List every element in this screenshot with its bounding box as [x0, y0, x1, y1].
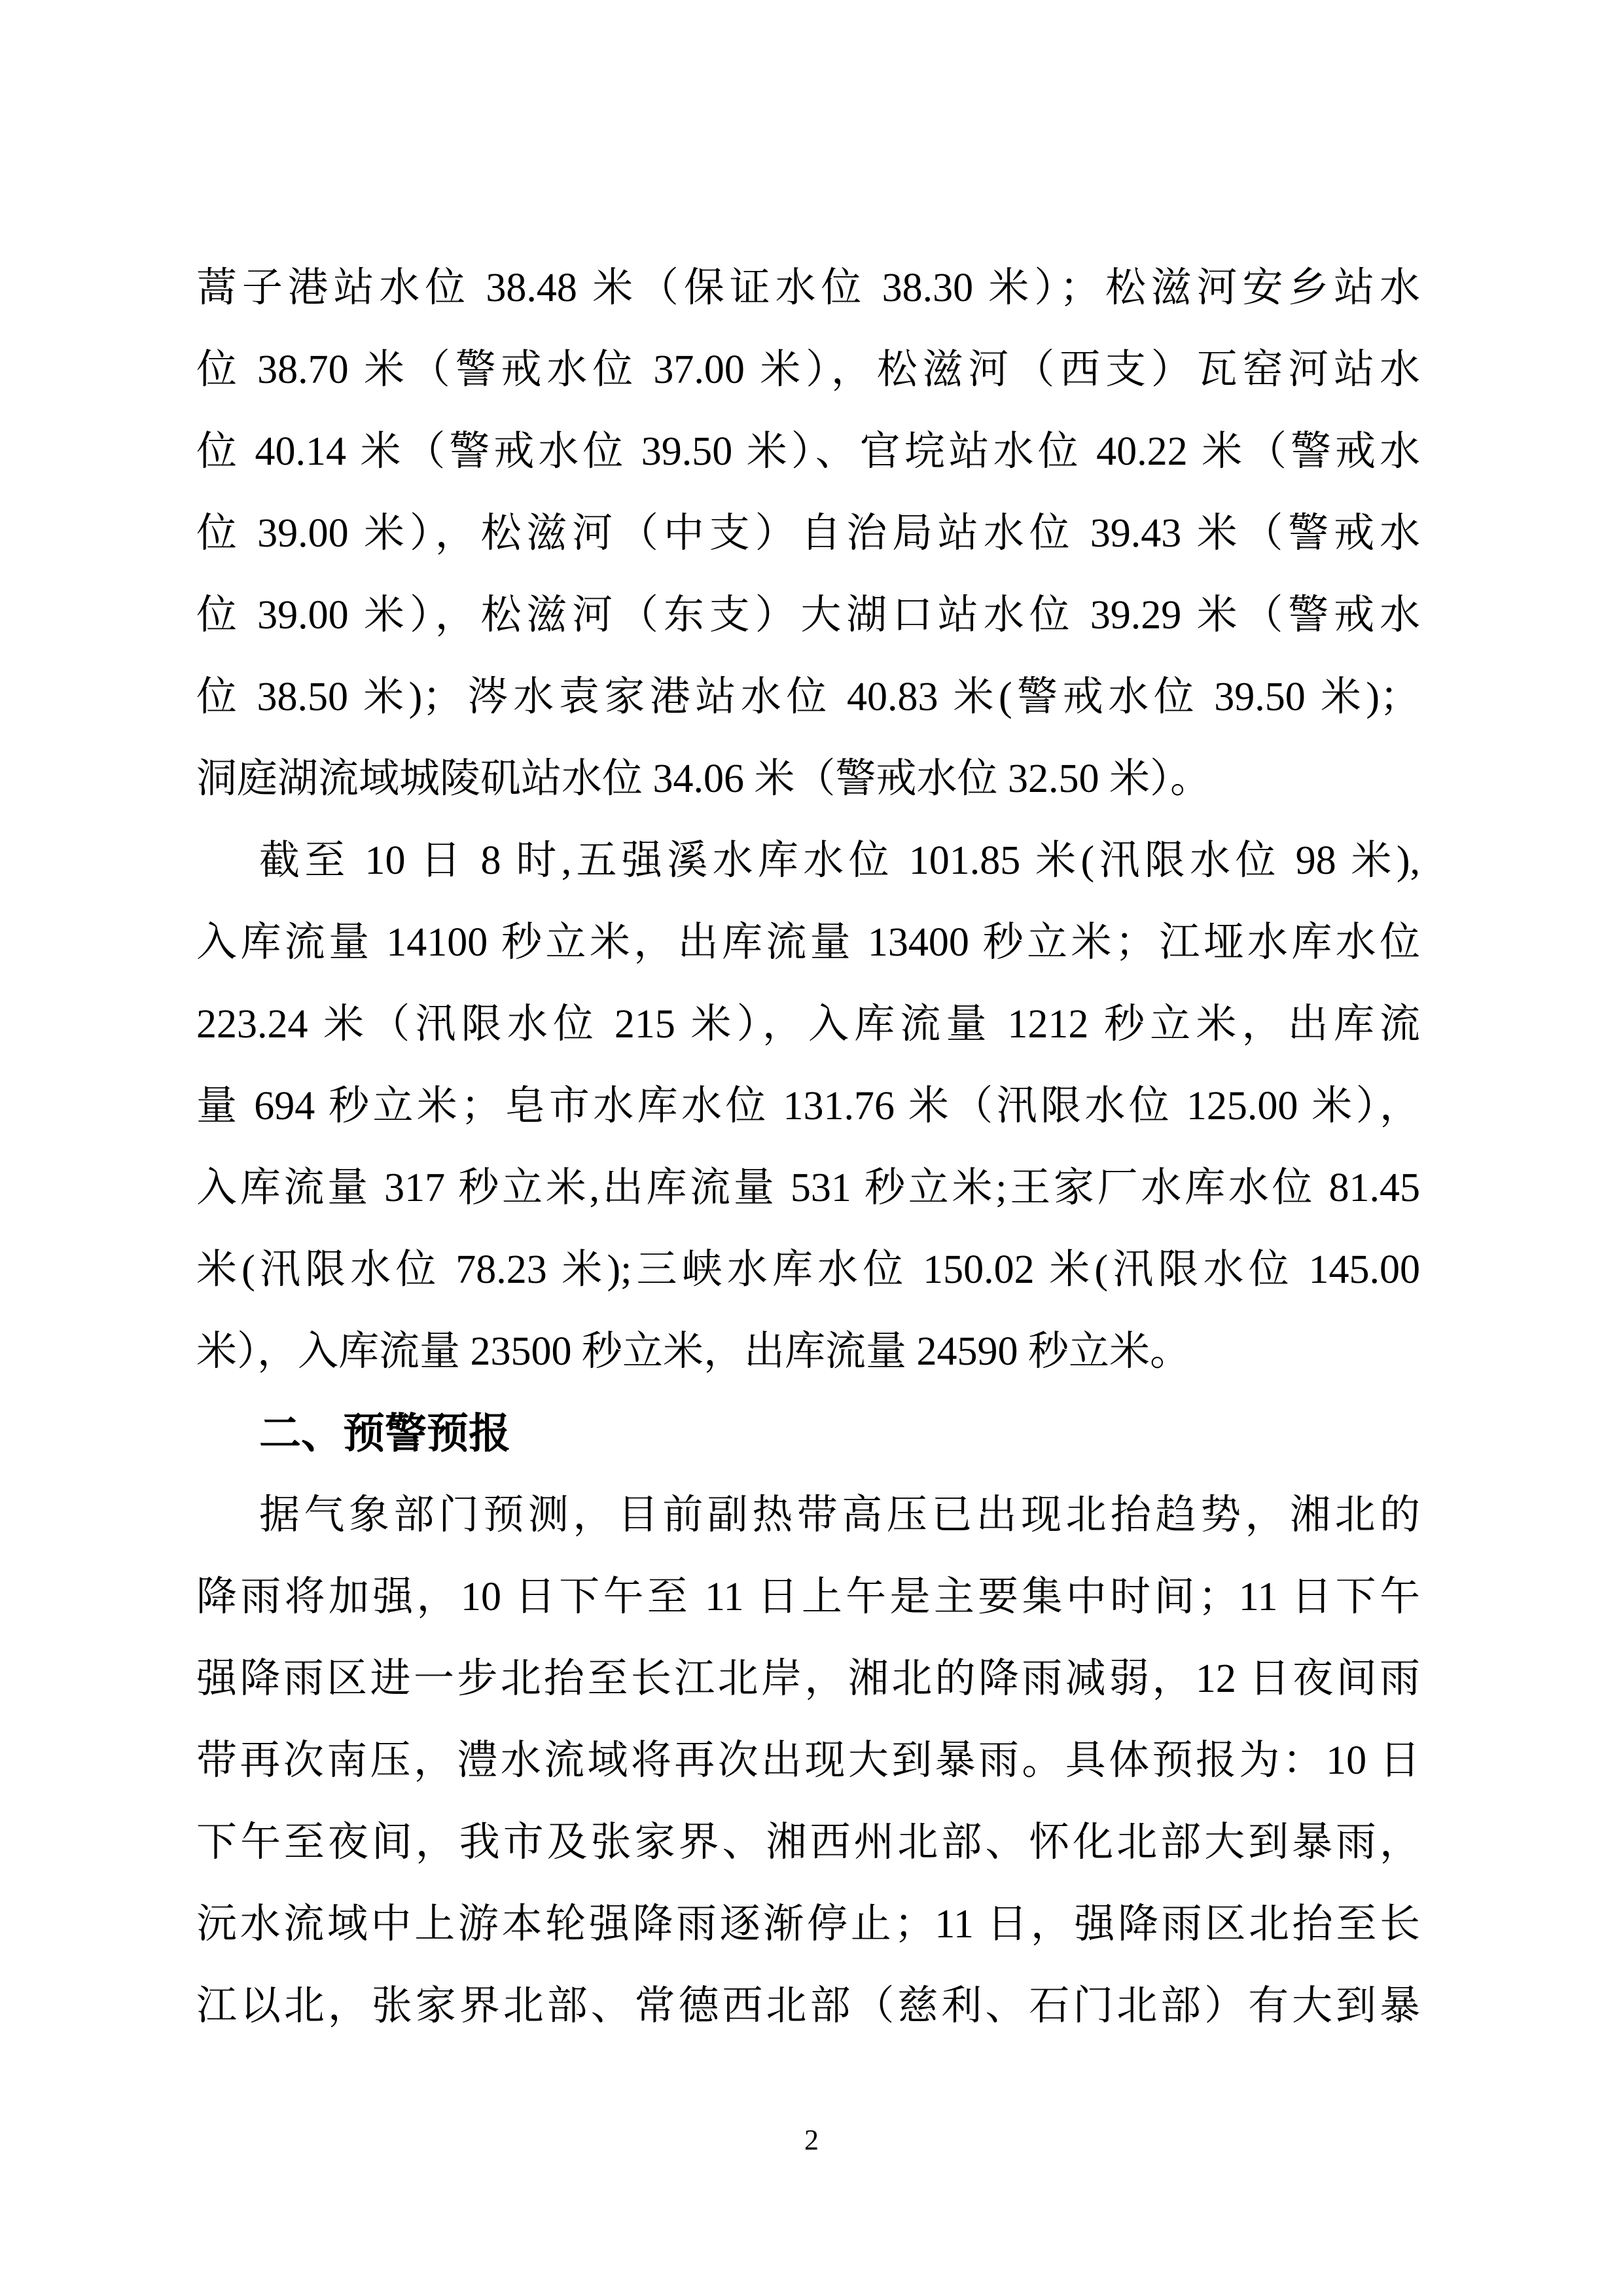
text-line: 入库流量 14100 秒立米，出库流量 13400 秒立米；江垭水库水位 — [196, 902, 1420, 984]
text-line: 沅水流域中上游本轮强降雨逐渐停止；11 日，强降雨区北抬至长 — [196, 1884, 1420, 1965]
document-body: 蒿子港站水位 38.48 米（保证水位 38.30 米）；松滋河安乡站水位 38… — [196, 247, 1420, 2047]
text-line: 米(汛限水位 78.23 米);三峡水库水位 150.02 米(汛限水位 145… — [196, 1229, 1420, 1311]
text-line: 223.24 米（汛限水位 215 米），入库流量 1212 秒立米，出库流 — [196, 984, 1420, 1066]
page-number: 2 — [0, 2121, 1623, 2160]
document-page: { "document": { "blocks": [ { "type": "p… — [0, 0, 1623, 2296]
text-line: 强降雨区进一步北抬至长江北岸，湘北的降雨减弱，12 日夜间雨 — [196, 1638, 1420, 1720]
text-line: 位 38.50 米)；涔水袁家港站水位 40.83 米(警戒水位 39.50 米… — [196, 656, 1420, 738]
text-line: 位 39.00 米），松滋河（中支）自治局站水位 39.43 米（警戒水 — [196, 493, 1420, 575]
text-line: 蒿子港站水位 38.48 米（保证水位 38.30 米）；松滋河安乡站水 — [196, 247, 1420, 329]
section-heading: 二、预警预报 — [196, 1393, 1420, 1475]
text-line: 据气象部门预测，目前副热带高压已出现北抬趋势，湘北的 — [196, 1475, 1420, 1556]
text-line: 位 38.70 米（警戒水位 37.00 米），松滋河（西支）瓦窑河站水 — [196, 329, 1420, 411]
text-line: 量 694 秒立米；皂市水库水位 131.76 米（汛限水位 125.00 米）… — [196, 1066, 1420, 1147]
text-line: 江以北，张家界北部、常德西北部（慈利、石门北部）有大到暴 — [196, 1965, 1420, 2047]
text-line: 米），入库流量 23500 秒立米，出库流量 24590 秒立米。 — [196, 1311, 1420, 1393]
text-line: 截至 10 日 8 时,五强溪水库水位 101.85 米(汛限水位 98 米), — [196, 820, 1420, 902]
text-line: 带再次南压，澧水流域将再次出现大到暴雨。具体预报为：10 日 — [196, 1720, 1420, 1802]
text-line: 洞庭湖流域城陵矶站水位 34.06 米（警戒水位 32.50 米）。 — [196, 738, 1420, 820]
text-line: 入库流量 317 秒立米,出库流量 531 秒立米;王家厂水库水位 81.45 — [196, 1147, 1420, 1229]
text-line: 降雨将加强，10 日下午至 11 日上午是主要集中时间；11 日下午 — [196, 1556, 1420, 1638]
text-line: 下午至夜间，我市及张家界、湘西州北部、怀化北部大到暴雨， — [196, 1802, 1420, 1884]
text-line: 位 39.00 米），松滋河（东支）大湖口站水位 39.29 米（警戒水 — [196, 575, 1420, 656]
text-line: 位 40.14 米（警戒水位 39.50 米）、官垸站水位 40.22 米（警戒… — [196, 411, 1420, 493]
